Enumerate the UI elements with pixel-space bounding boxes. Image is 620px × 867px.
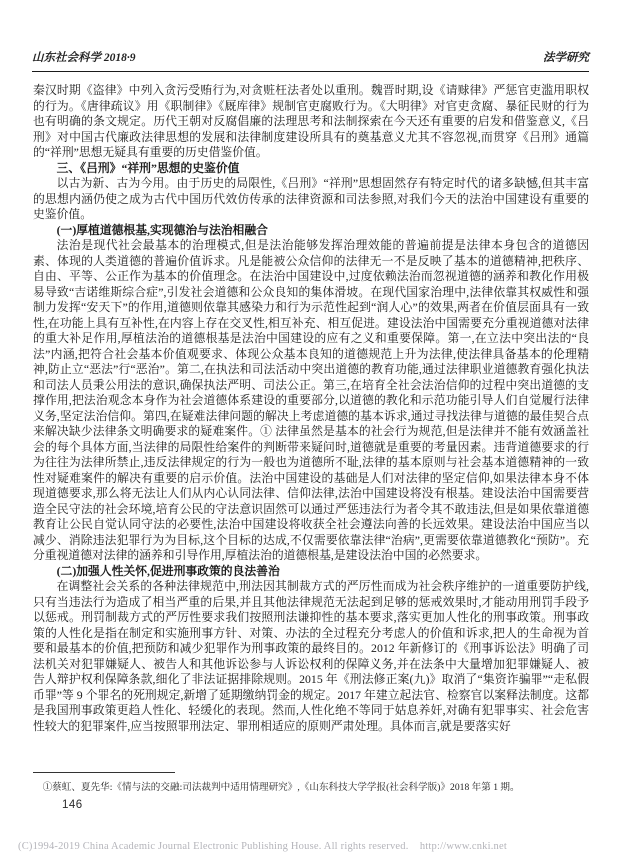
section-heading-level2-second: (二)加强人性关怀,促进刑事政策的良法善治 [33,564,589,580]
footnote-divider [33,772,175,773]
copyright-notice: (C)1994-2019 China Academic Journal Elec… [18,841,507,852]
footnote: ①蔡虹、夏先华:《情与法的交融:司法裁判中适用情理研究》,《山东科技大学学报(社… [33,782,589,794]
footnote-area: ①蔡虹、夏先华:《情与法的交融:司法裁判中适用情理研究》,《山东科技大学学报(社… [33,772,589,794]
journal-title: 山东社会科学 2018·9 [32,49,136,65]
section-heading-level2-first: (一)厚植道德根基,实现德治与法治相融合 [33,223,589,239]
page-number: 146 [62,799,83,811]
paragraph: 以古为新、古为今用。由于历史的局限性,《吕刑》“祥刑”思想固然存有特定时代的诸多… [33,176,589,223]
section-heading-level1: 三、《吕刑》“祥刑”思想的史鉴价值 [33,161,589,177]
paragraph: 在调整社会关系的各种法律规范中,刑法因其制裁方式的严厉性而成为社会秩序维护的一道… [33,579,589,734]
paragraph: 法治是现代社会最基本的治理模式,但是法治能够发挥治理效能的普遍前提是法律本身包含… [33,238,589,564]
section-label: 法学研究 [543,49,589,65]
article-body: 秦汉时期《盗律》中列入贪污受贿行为,对贪赃枉法者处以重刑。魏晋时期,设《请赇律》… [33,83,589,734]
paragraph-continuation: 秦汉时期《盗律》中列入贪污受贿行为,对贪赃枉法者处以重刑。魏晋时期,设《请赇律》… [33,83,589,161]
journal-page: 山东社会科学 2018·9 法学研究 秦汉时期《盗律》中列入贪污受贿行为,对贪赃… [0,0,620,867]
page-header: 山东社会科学 2018·9 法学研究 [32,49,589,72]
